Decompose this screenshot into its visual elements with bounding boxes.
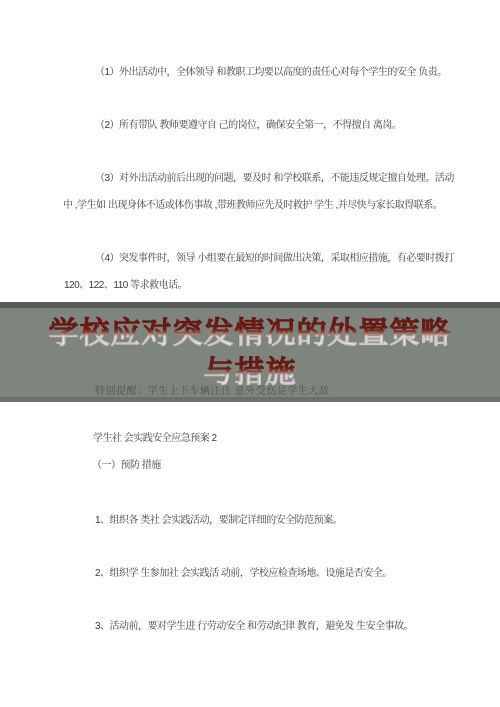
list-item: 3、活动前，要对学生进 行劳动安全 和劳动纪律 教育，避免发 生安全事故。	[95, 620, 413, 634]
subsection-heading: （一）预防 措施	[92, 459, 161, 473]
list-item: 2、组织学 生参加社 会实践活 动前，学校应检查场地、设施是否安全。	[95, 567, 392, 581]
page-title: 学校应对突发情况的处置策略	[0, 316, 500, 352]
paragraph-line: （3）对外出活动前后出现的问题，要及时 和学校联系，不能违反规定擅自处理。活动	[95, 172, 454, 186]
list-item: 1、组织各 类社 会实践活动，要制定详细的安全防范预案。	[95, 514, 342, 528]
page-title-line2: 与措施	[0, 355, 500, 391]
title-overlay-banner: 特别提醒：学生上下车辆注往 意外受伤是学生大敌 学校应对突发情况的处置策略 与措…	[0, 302, 500, 402]
paragraph-line: 120、122、110 等求救电话。	[64, 279, 187, 293]
section-heading: 学生社 会实践安全应急预案 2	[93, 432, 217, 446]
paragraph-line: （2）所有带队 教师要遵守自 己的岗位，确保安全第一，不得擅自 离岗。	[95, 119, 401, 133]
paragraph-line: （1）外出活动中，全体领导 和教职工均要以高度的责任心对每个学生的安全 负责。	[95, 66, 447, 80]
paragraph-line: 中 ,学生如 出现身体不适或体伤事故 ,带班教师应先及时救护 学生 ,并尽快与家…	[63, 199, 442, 213]
paragraph-line: （4）突发事件时，领导 小组要在最短的时间做出决策，采取相应措施，有必要时拨打	[95, 252, 454, 266]
